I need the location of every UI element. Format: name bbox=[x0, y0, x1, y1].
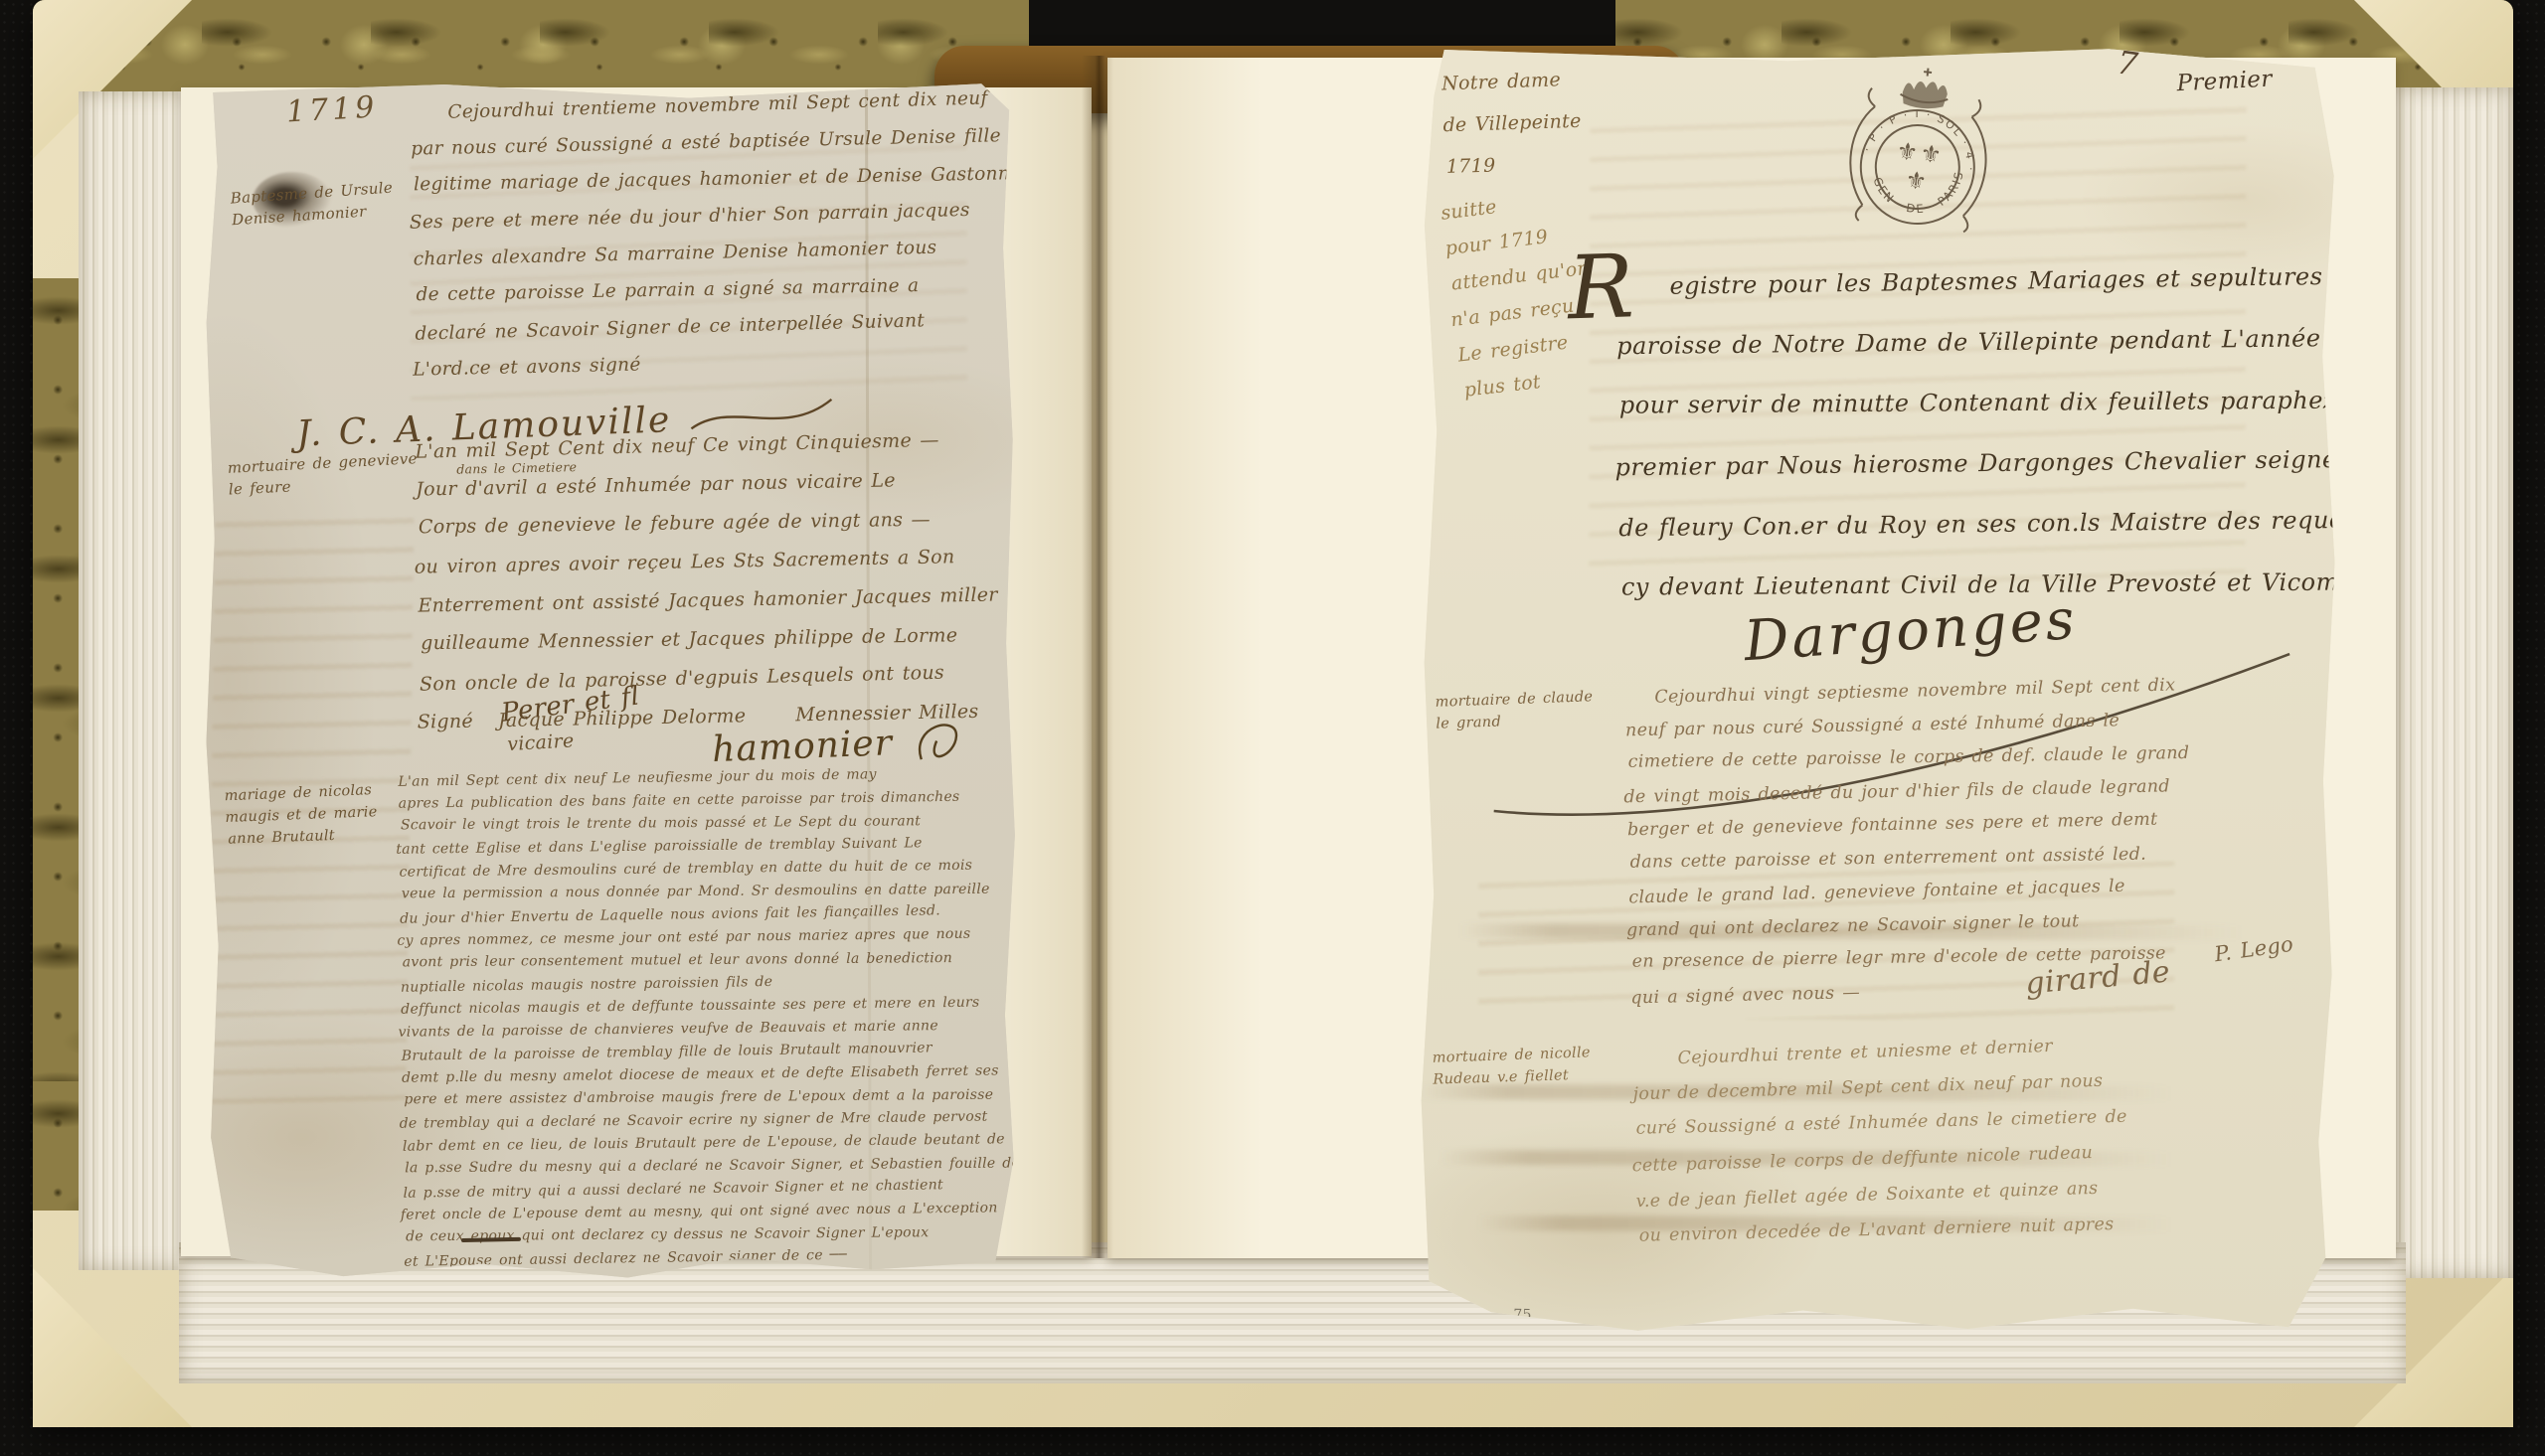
burial-entry-nicolle-text: Cejourdhui trente et uniesme et dernierj… bbox=[1631, 1021, 2327, 1255]
margin-note-burial-nicolle: mortuaire de nicolleRudeau v.e fiellet bbox=[1432, 1042, 1591, 1090]
book-gutter-shadow bbox=[1082, 56, 1113, 1258]
margin-note-burial-genevieve: mortuaire de genevievele feure bbox=[227, 448, 419, 501]
margin-note-marriage: mariage de nicolasmaugis et de marieanne… bbox=[224, 779, 379, 851]
generalite-paris-tax-stamp-icon: ⚜ ⚜ ⚜ · P · P · I · SOL · 4 · D · GEN · … bbox=[1800, 39, 2038, 265]
photographed-register-scan: 1719 Baptesme de UrsuleDenise hamonier C… bbox=[0, 0, 2545, 1456]
burial-entry-text: L'an mil Sept Cent dix neuf Ce vingt Cin… bbox=[415, 420, 1021, 742]
background-notch bbox=[1029, 0, 1615, 52]
marriage-entry-text: L'an mil Sept cent dix neuf Le neufiesme… bbox=[398, 762, 1018, 1273]
manuscript-leaf-right: Notre damede Villepeinte1719 suittepour … bbox=[1418, 45, 2337, 1335]
marbled-board-left-edge bbox=[33, 278, 81, 1173]
margin-note-baptism: Baptesme de UrsuleDenise hamonier bbox=[230, 177, 395, 231]
fleur-de-lis-icon: ⚜ bbox=[1904, 166, 1928, 196]
manuscript-line: Notre dame bbox=[1441, 59, 1581, 105]
crown-icon bbox=[1901, 79, 1949, 110]
manuscript-leaf-left: 1719 Baptesme de UrsuleDenise hamonier C… bbox=[201, 81, 1018, 1282]
page-stack-right-edge bbox=[2394, 87, 2513, 1278]
register-title-text: egistre pour les Baptesmes Mariages et s… bbox=[1615, 247, 2351, 619]
manuscript-line: pour servir de minutte Contenant dix feu… bbox=[1619, 371, 2351, 436]
manuscript-line: de Villepeinte bbox=[1442, 100, 1582, 146]
baptism-entry-text: Cejourdhui trentieme novembre mil Sept c… bbox=[410, 81, 1017, 389]
premier-label: Premier bbox=[2176, 67, 2273, 97]
manuscript-line: premier par Nous hierosme Dargonges Chev… bbox=[1614, 429, 2347, 498]
marbled-board-top-left bbox=[33, 0, 1029, 91]
manuscript-line: de fleury Con.er du Roy en ses con.ls Ma… bbox=[1618, 490, 2351, 559]
manuscript-line: paroisse de Notre Dame de Villepinte pen… bbox=[1616, 308, 2349, 377]
year-heading: 1719 bbox=[285, 89, 379, 129]
fleur-de-lis-icon: ⚜ bbox=[1895, 137, 1919, 167]
fleur-de-lis-icon: ⚜ bbox=[1919, 139, 1943, 169]
manuscript-line: egistre pour les Baptesmes Mariages et s… bbox=[1615, 246, 2348, 318]
signature-vicaire: vicaire bbox=[507, 729, 575, 755]
corner-note-parish: Notre damede Villepeinte1719 bbox=[1441, 59, 1583, 188]
burial-entry-claude-text: Cejourdhui vingt septiesme novembre mil … bbox=[1624, 668, 2301, 1014]
margin-note-burial-claude: mortuaire de claudele grand bbox=[1435, 686, 1594, 734]
manuscript-line: anne Brutault bbox=[228, 823, 381, 850]
